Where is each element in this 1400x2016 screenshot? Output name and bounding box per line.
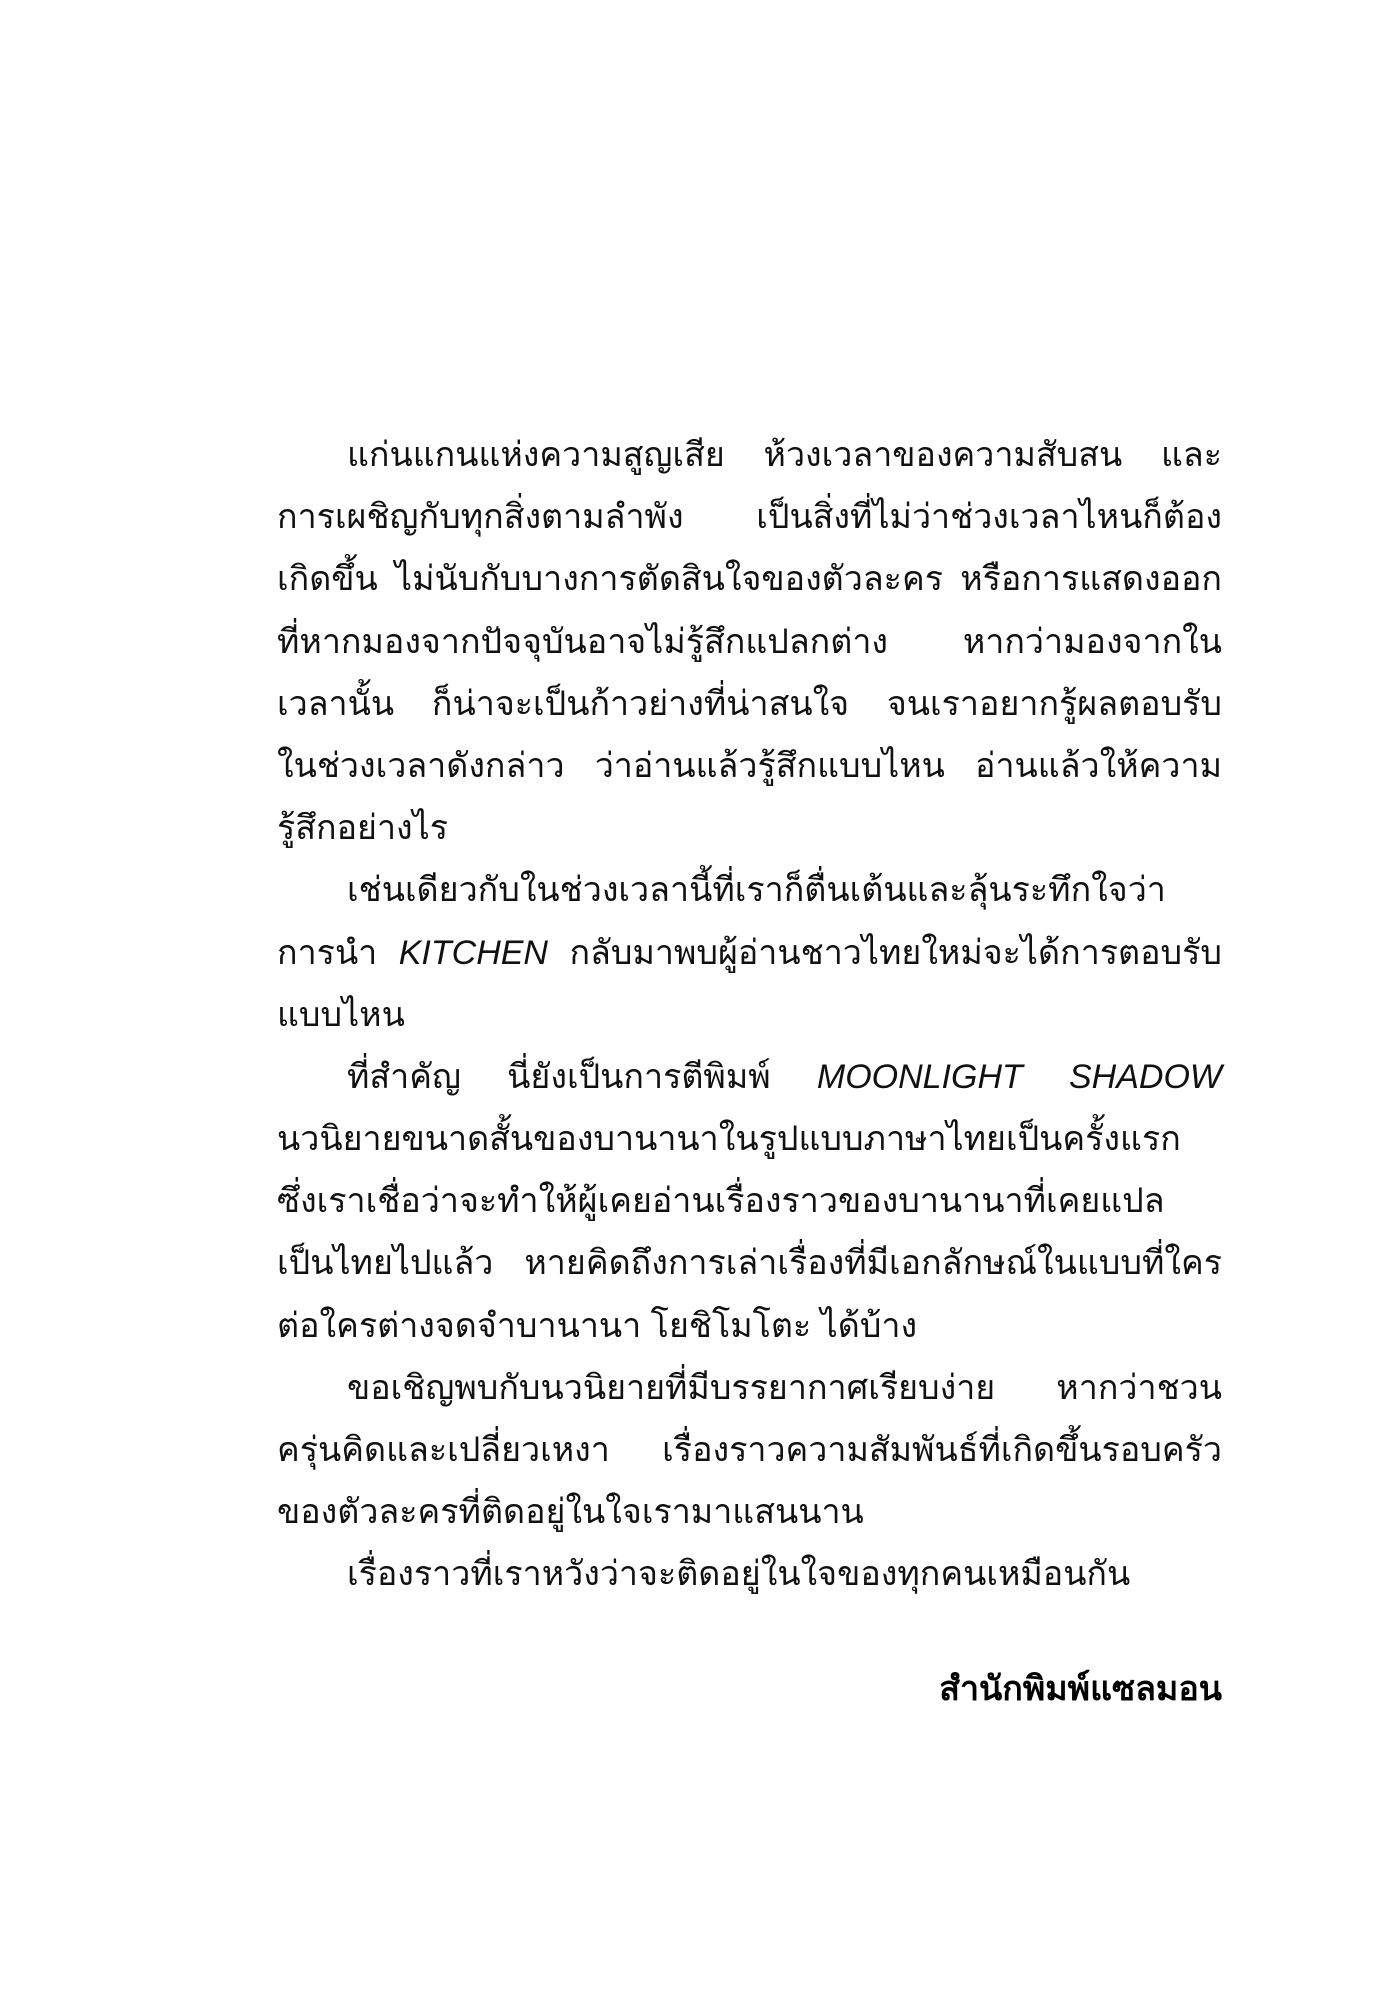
text-line: ของตัวละครที่ติดอยู่ในใจเรามาแสนนาน: [277, 1481, 1222, 1543]
paragraph-2: เช่นเดียวกับในช่วงเวลานี้ที่เราก็ตื่นเต้…: [277, 859, 1222, 1046]
text-line: การนำ KITCHEN กลับมาพบผู้อ่านชาวไทยใหม่จ…: [277, 922, 1222, 984]
text-line: เช่นเดียวกับในช่วงเวลานี้ที่เราก็ตื่นเต้…: [277, 859, 1222, 921]
text-segment: กลับมาพบผู้อ่านชาวไทยใหม่จะได้การตอบรับ: [548, 934, 1222, 972]
publisher-signature: สำนักพิมพ์แซลมอน: [880, 1664, 1222, 1714]
paragraph-5: เรื่องราวที่เราหวังว่าจะติดอยู่ในใจของทุ…: [277, 1543, 1222, 1605]
text-line: ครุ่นคิดและเปลี่ยวเหงา เรื่องราวความสัมพ…: [277, 1419, 1222, 1481]
text-segment: ที่สำคัญ นี่ยังเป็นการตีพิมพ์: [347, 1058, 817, 1096]
text-line: ในช่วงเวลาดังกล่าว ว่าอ่านแล้วรู้สึกแบบไ…: [277, 735, 1222, 797]
text-line: แก่นแกนแห่งความสูญเสีย ห้วงเวลาของความสั…: [277, 424, 1222, 486]
text-segment: การนำ: [277, 934, 399, 972]
paragraph-1: แก่นแกนแห่งความสูญเสีย ห้วงเวลาของความสั…: [277, 424, 1222, 859]
book-title-kitchen: KITCHEN: [399, 934, 548, 972]
paragraph-4: ขอเชิญพบกับนวนิยายที่มีบรรยากาศเรียบง่าย…: [277, 1357, 1222, 1544]
body-text: แก่นแกนแห่งความสูญเสีย ห้วงเวลาของความสั…: [277, 424, 1222, 1606]
paragraph-3: ที่สำคัญ นี่ยังเป็นการตีพิมพ์ MOONLIGHT …: [277, 1046, 1222, 1357]
text-line: ที่สำคัญ นี่ยังเป็นการตีพิมพ์ MOONLIGHT …: [277, 1046, 1222, 1108]
book-title-moonlight-shadow: MOONLIGHT SHADOW: [817, 1058, 1222, 1096]
text-line: รู้สึกอย่างไร: [277, 797, 1222, 859]
text-line: นวนิยายขนาดสั้นของบานานาในรูปแบบภาษาไทยเ…: [277, 1108, 1222, 1170]
text-line: แบบไหน: [277, 984, 1222, 1046]
document-page: แก่นแกนแห่งความสูญเสีย ห้วงเวลาของความสั…: [0, 0, 1400, 2016]
text-line: เวลานั้น ก็น่าจะเป็นก้าวย่างที่น่าสนใจ จ…: [277, 673, 1222, 735]
text-line: เรื่องราวที่เราหวังว่าจะติดอยู่ในใจของทุ…: [277, 1543, 1222, 1605]
text-line: ขอเชิญพบกับนวนิยายที่มีบรรยากาศเรียบง่าย…: [277, 1357, 1222, 1419]
text-line: ซึ่งเราเชื่อว่าจะทำให้ผู้เคยอ่านเรื่องรา…: [277, 1170, 1222, 1232]
text-line: เป็นไทยไปแล้ว หายคิดถึงการเล่าเรื่องที่ม…: [277, 1232, 1222, 1294]
text-line: ที่หากมองจากปัจจุบันอาจไม่รู้สึกแปลกต่าง…: [277, 611, 1222, 673]
text-line: การเผชิญกับทุกสิ่งตามลำพัง เป็นสิ่งที่ไม…: [277, 486, 1222, 548]
text-line: เกิดขึ้น ไม่นับกับบางการตัดสินใจของตัวละ…: [277, 548, 1222, 610]
text-line: ต่อใครต่างจดจำบานานา โยชิโมโตะ ได้บ้าง: [277, 1295, 1222, 1357]
